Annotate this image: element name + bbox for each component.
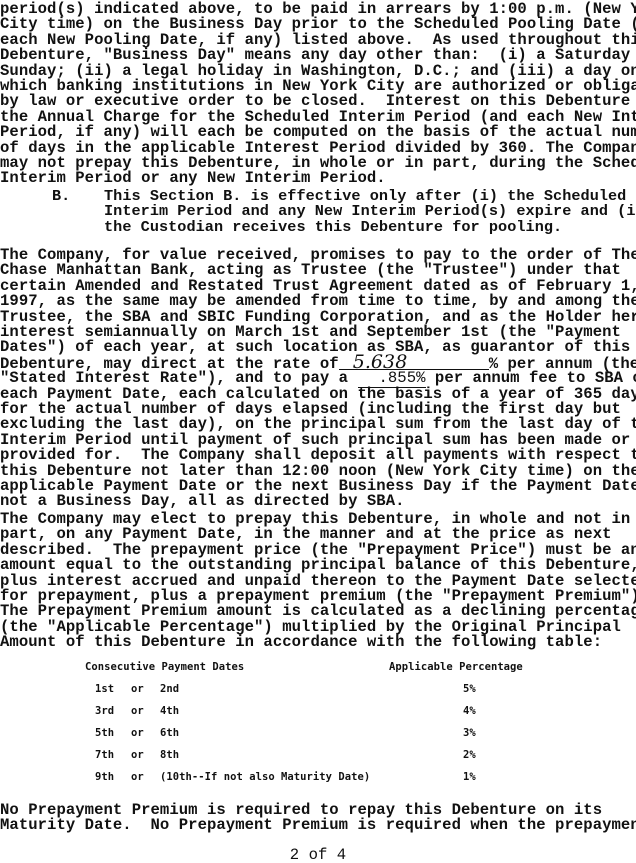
cell-first-date: 7th	[95, 748, 114, 763]
cell-percentage: 5%	[463, 682, 476, 697]
text-line: the Custodian receives this Debenture fo…	[104, 220, 562, 235]
cell-percentage: 1%	[463, 770, 476, 785]
cell-first-date: 1st	[95, 682, 114, 697]
cell-or: or	[131, 770, 144, 785]
text-line: Dates") of each year, at such location a…	[0, 340, 630, 355]
text-line: Maturity Date. No Prepayment Premium is …	[0, 818, 636, 833]
text-line: not a Business Day, all as directed by S…	[0, 494, 405, 509]
cell-percentage: 3%	[463, 726, 476, 741]
cell-first-date: 9th	[95, 770, 114, 785]
stated-interest-rate-field: 5.638	[339, 356, 489, 370]
cell-or: or	[131, 704, 144, 719]
document-page: period(s) indicated above, to be paid in…	[0, 0, 636, 863]
cell-second-date: 4th	[160, 704, 179, 719]
cell-or: or	[131, 726, 144, 741]
cell-percentage: 2%	[463, 748, 476, 763]
text-line: Interim Period or any New Interim Period…	[0, 171, 386, 186]
section-label: B.	[52, 189, 70, 204]
column-header-payment-dates: Consecutive Payment Dates	[85, 660, 244, 675]
cell-percentage: 4%	[463, 704, 476, 719]
cell-second-date: 8th	[160, 748, 179, 763]
column-header-percentage: Applicable Percentage	[389, 660, 523, 675]
cell-or: or	[131, 748, 144, 763]
cell-or: or	[131, 682, 144, 697]
cell-first-date: 3rd	[95, 704, 114, 719]
cell-first-date: 5th	[95, 726, 114, 741]
page-number: 2 of 4	[0, 848, 636, 863]
cell-second-date: 2nd	[160, 682, 179, 697]
cell-second-date: 6th	[160, 726, 179, 741]
cell-second-date: (10th--If not also Maturity Date)	[160, 770, 370, 785]
text-line: Amount of this Debenture in accordance w…	[0, 635, 602, 650]
